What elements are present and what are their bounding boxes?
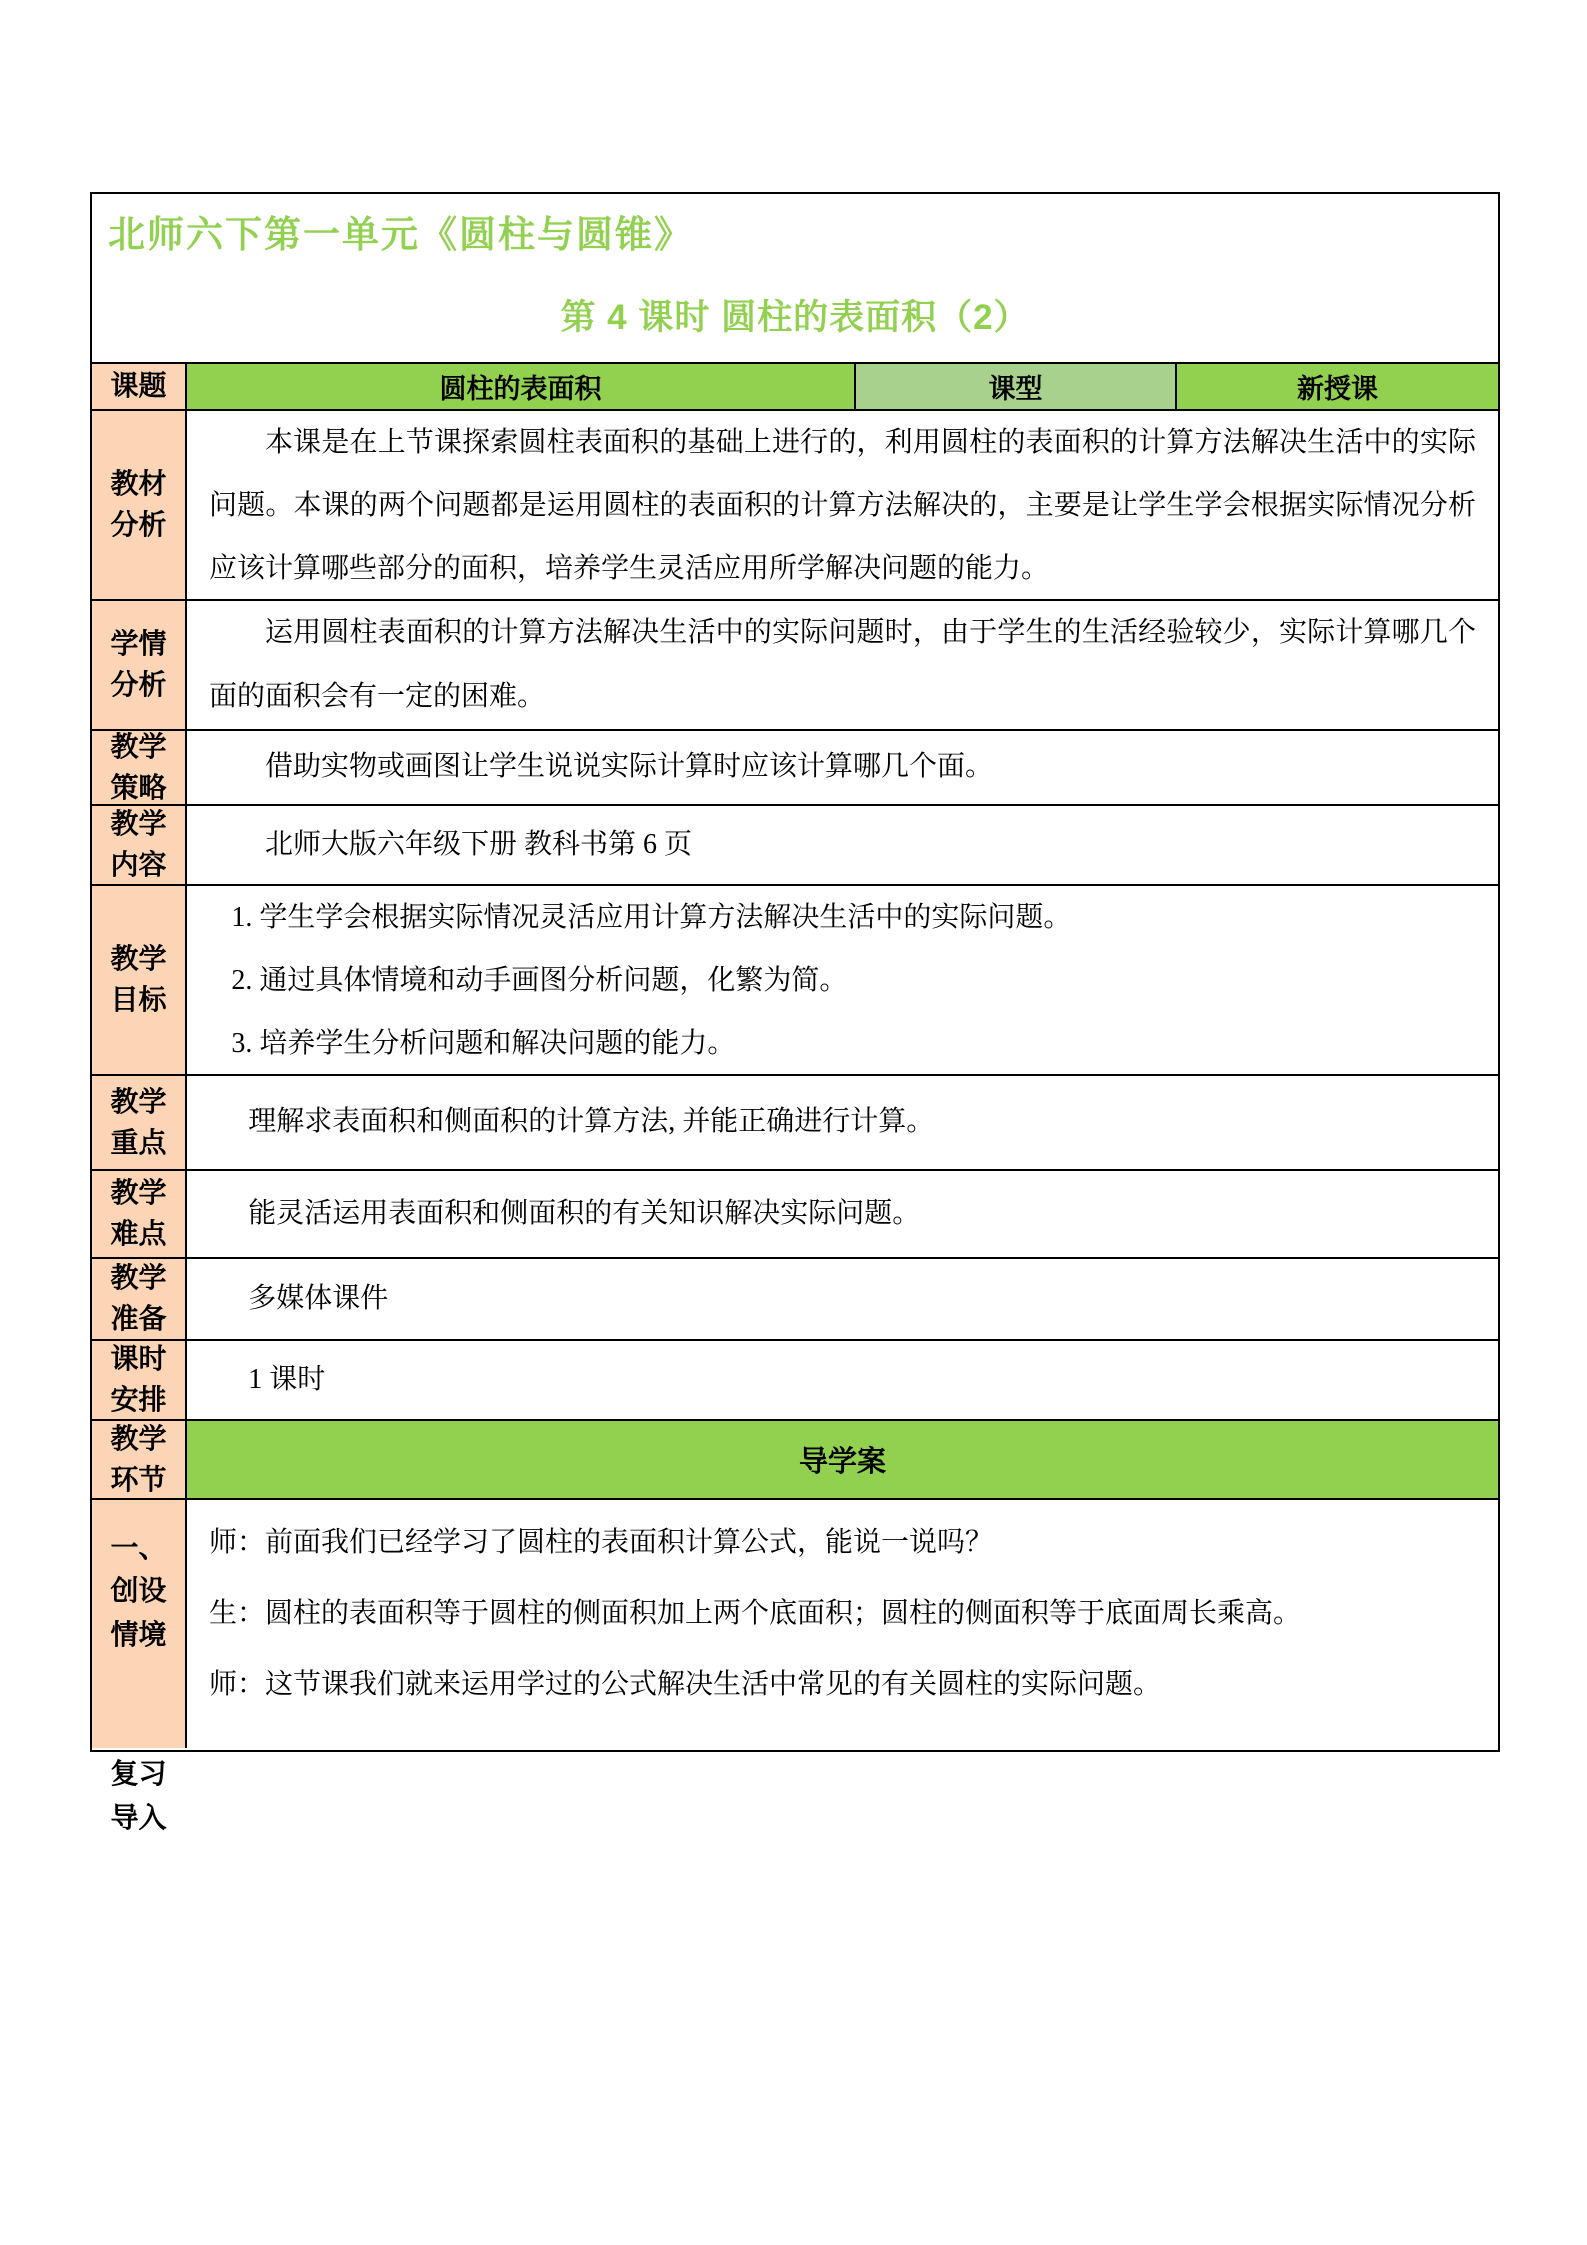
teaching-strategy-text: 借助实物或画图让学生说说实际计算时应该计算哪几个面。 bbox=[209, 749, 1476, 785]
difficulty-label: 教学难点 bbox=[92, 1171, 187, 1257]
page: { "titles": { "unit": "北师六下第一单元《圆柱与圆锥》",… bbox=[0, 0, 1587, 2245]
difficulty-content: 能灵活运用表面积和侧面积的有关知识解决实际问题。 bbox=[187, 1171, 1498, 1257]
teaching-strategy-row: 教学策略 借助实物或画图让学生说说实际计算时应该计算哪几个面。 bbox=[92, 729, 1498, 804]
objective-item: 2. 通过具体情境和动手画图分析问题，化繁为简。 bbox=[209, 949, 1476, 1012]
materials-analysis-content: 本课是在上节课探索圆柱表面积的基础上进行的，利用圆柱的表面积的计算方法解决生活中… bbox=[187, 411, 1498, 599]
objectives-label: 教学目标 bbox=[92, 886, 187, 1074]
guide-plan-banner: 导学案 bbox=[187, 1421, 1498, 1498]
materials-analysis-text: 本课是在上节课探索圆柱表面积的基础上进行的，利用圆柱的表面积的计算方法解决生活中… bbox=[209, 411, 1476, 600]
difficulty-row: 教学难点 能灵活运用表面积和侧面积的有关知识解决实际问题。 bbox=[92, 1169, 1498, 1257]
intro-label: 一、创设情境 复习导入 bbox=[92, 1500, 187, 1748]
teaching-content-label: 教学内容 bbox=[92, 806, 187, 884]
unit-title: 北师六下第一单元《圆柱与圆锥》 bbox=[108, 204, 693, 258]
topic-value-cell: 圆柱的表面积 bbox=[187, 364, 854, 409]
title-block: 北师六下第一单元《圆柱与圆锥》 第 4 课时 圆柱的表面积（2） bbox=[92, 194, 1498, 362]
objectives-content: 1. 学生学会根据实际情况灵活应用计算方法解决生活中的实际问题。 2. 通过具体… bbox=[187, 886, 1498, 1074]
key-point-row: 教学重点 理解求表面积和侧面积的计算方法, 并能正确进行计算。 bbox=[92, 1074, 1498, 1169]
learner-analysis-label: 学情分析 bbox=[92, 601, 187, 729]
teaching-content-content: 北师大版六年级下册 教科书第 6 页 bbox=[187, 806, 1498, 884]
process-row: 教学环节 导学案 bbox=[92, 1419, 1498, 1498]
objective-item: 1. 学生学会根据实际情况灵活应用计算方法解决生活中的实际问题。 bbox=[209, 886, 1476, 949]
header-row: 课题 圆柱的表面积 课型 新授课 bbox=[92, 362, 1498, 409]
preparation-row: 教学准备 多媒体课件 bbox=[92, 1257, 1498, 1339]
learner-analysis-row: 学情分析 运用圆柱表面积的计算方法解决生活中的实际问题时，由于学生的生活经验较少… bbox=[92, 599, 1498, 729]
lesson-title: 第 4 课时 圆柱的表面积（2） bbox=[92, 290, 1498, 340]
objective-item: 3. 培养学生分析问题和解决问题的能力。 bbox=[209, 1012, 1476, 1075]
difficulty-text: 能灵活运用表面积和侧面积的有关知识解决实际问题。 bbox=[209, 1196, 1476, 1232]
lesson-plan-table: 北师六下第一单元《圆柱与圆锥》 第 4 课时 圆柱的表面积（2） 课题 圆柱的表… bbox=[90, 192, 1500, 1752]
preparation-text: 多媒体课件 bbox=[209, 1281, 1476, 1317]
learner-analysis-text: 运用圆柱表面积的计算方法解决生活中的实际问题时，由于学生的生活经验较少，实际计算… bbox=[209, 601, 1476, 729]
teaching-strategy-label: 教学策略 bbox=[92, 731, 187, 804]
materials-analysis-label: 教材分析 bbox=[92, 411, 187, 599]
teaching-content-row: 教学内容 北师大版六年级下册 教科书第 6 页 bbox=[92, 804, 1498, 884]
preparation-content: 多媒体课件 bbox=[187, 1259, 1498, 1339]
teaching-strategy-content: 借助实物或画图让学生说说实际计算时应该计算哪几个面。 bbox=[187, 731, 1498, 804]
dialogue-line: 师：这节课我们就来运用学过的公式解决生活中常见的有关圆柱的实际问题。 bbox=[209, 1666, 1476, 1701]
intro-content: 师：前面我们已经学习了圆柱的表面积计算公式，能说一说吗？ 生：圆柱的表面积等于圆… bbox=[187, 1500, 1498, 1748]
key-point-label: 教学重点 bbox=[92, 1076, 187, 1169]
topic-label-cell: 课题 bbox=[92, 364, 187, 409]
intro-row: 一、创设情境 复习导入 师：前面我们已经学习了圆柱的表面积计算公式，能说一说吗？… bbox=[92, 1498, 1498, 1748]
key-point-content: 理解求表面积和侧面积的计算方法, 并能正确进行计算。 bbox=[187, 1076, 1498, 1169]
schedule-row: 课时安排 1 课时 bbox=[92, 1339, 1498, 1419]
process-label: 教学环节 bbox=[92, 1421, 187, 1498]
course-type-value-cell: 新授课 bbox=[1177, 364, 1498, 409]
preparation-label: 教学准备 bbox=[92, 1259, 187, 1339]
intro-label-top: 一、创设情境 bbox=[109, 1526, 169, 1656]
materials-analysis-row: 教材分析 本课是在上节课探索圆柱表面积的基础上进行的，利用圆柱的表面积的计算方法… bbox=[92, 409, 1498, 599]
dialogue-line: 生：圆柱的表面积等于圆柱的侧面积加上两个底面积；圆柱的侧面积等于底面周长乘高。 bbox=[209, 1595, 1476, 1630]
teaching-content-text: 北师大版六年级下册 教科书第 6 页 bbox=[209, 827, 1476, 863]
schedule-label: 课时安排 bbox=[92, 1341, 187, 1419]
dialogue-line: 师：前面我们已经学习了圆柱的表面积计算公式，能说一说吗？ bbox=[209, 1524, 1476, 1559]
learner-analysis-content: 运用圆柱表面积的计算方法解决生活中的实际问题时，由于学生的生活经验较少，实际计算… bbox=[187, 601, 1498, 729]
objectives-row: 教学目标 1. 学生学会根据实际情况灵活应用计算方法解决生活中的实际问题。 2.… bbox=[92, 884, 1498, 1074]
schedule-text: 1 课时 bbox=[209, 1362, 1476, 1398]
schedule-content: 1 课时 bbox=[187, 1341, 1498, 1419]
intro-label-bottom: 复习导入 bbox=[109, 1752, 169, 1839]
key-point-text: 理解求表面积和侧面积的计算方法, 并能正确进行计算。 bbox=[209, 1104, 1476, 1140]
course-type-label-cell: 课型 bbox=[854, 364, 1177, 409]
